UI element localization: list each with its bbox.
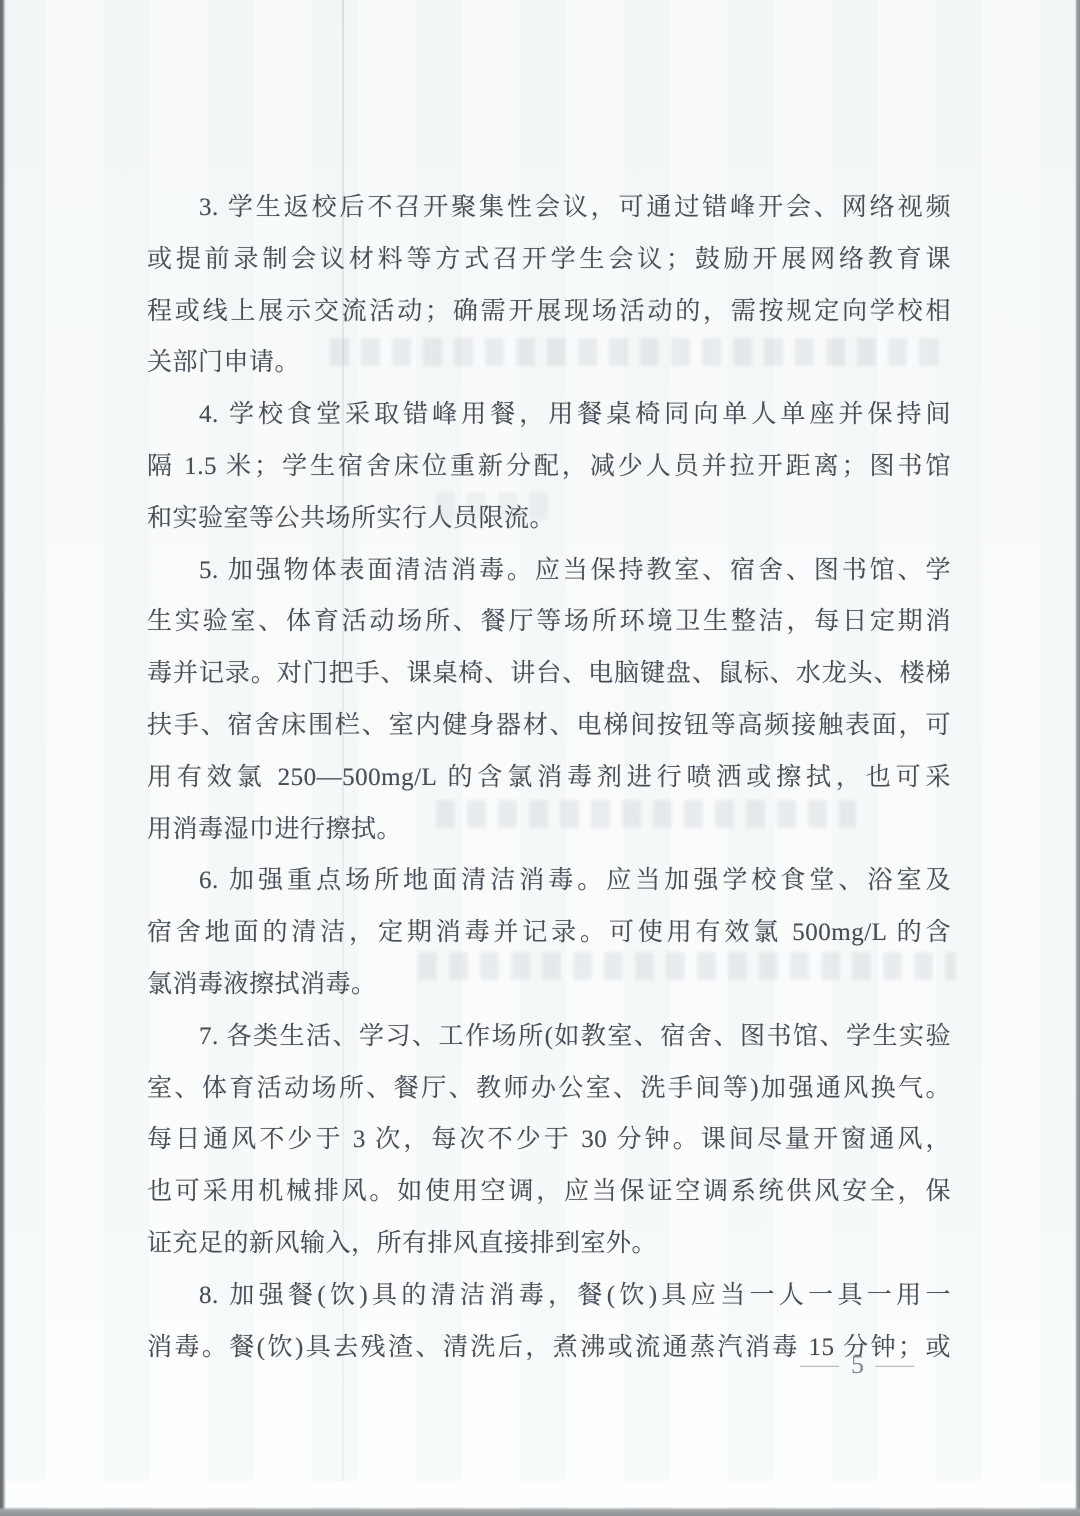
text-line: 或提前录制会议材料等方式召开学生会议；鼓励开展网络教育课 bbox=[147, 234, 951, 286]
page-number: — 5 — bbox=[808, 1350, 908, 1380]
text-line: 6. 加强重点场所地面清洁消毒。应当加强学校食堂、浴室及 bbox=[147, 855, 951, 907]
text-line: 5. 加强物体表面清洁消毒。应当保持教室、宿舍、图书馆、学 bbox=[147, 545, 951, 597]
paragraph-item-6: 6. 加强重点场所地面清洁消毒。应当加强学校食堂、浴室及宿舍地面的清洁，定期消毒… bbox=[147, 855, 951, 1010]
text-line: 用有效氯 250—500mg/L 的含氯消毒剂进行喷洒或擦拭，也可采 bbox=[147, 752, 951, 804]
text-line: 用消毒湿巾进行擦拭。 bbox=[147, 804, 951, 856]
paragraph-item-4: 4. 学校食堂采取错峰用餐，用餐桌椅同向单人单座并保持间隔 1.5 米；学生宿舍… bbox=[147, 389, 951, 544]
paragraph-item-7: 7. 各类生活、学习、工作场所(如教室、宿舍、图书馆、学生实验室、体育活动场所、… bbox=[147, 1011, 951, 1270]
scan-edge-left bbox=[0, 0, 6, 1516]
text-line: 扶手、宿舍床围栏、室内健身器材、电梯间按钮等高频接触表面，可 bbox=[147, 700, 951, 752]
text-line: 室、体育活动场所、餐厅、教师办公室、洗手间等)加强通风换气。 bbox=[147, 1063, 951, 1115]
text-line: 8. 加强餐(饮)具的清洁消毒，餐(饮)具应当一人一具一用一 bbox=[147, 1270, 951, 1322]
page-number-value: 5 bbox=[851, 1350, 865, 1380]
text-line: 程或线上展示交流活动；确需开展现场活动的，需按规定向学校相 bbox=[147, 286, 951, 338]
page-number-dash-right: — bbox=[876, 1352, 916, 1379]
paragraph-item-5: 5. 加强物体表面清洁消毒。应当保持教室、宿舍、图书馆、学生实验室、体育活动场所… bbox=[147, 545, 951, 856]
page-number-dash-left: — bbox=[801, 1352, 841, 1379]
text-line: 和实验室等公共场所实行人员限流。 bbox=[147, 493, 951, 545]
paragraph-item-3: 3. 学生返校后不召开聚集性会议，可通过错峰开会、网络视频或提前录制会议材料等方… bbox=[147, 182, 951, 389]
text-line: 3. 学生返校后不召开聚集性会议，可通过错峰开会、网络视频 bbox=[147, 182, 951, 234]
text-line: 也可采用机械排风。如使用空调，应当保证空调系统供风安全，保 bbox=[147, 1166, 951, 1218]
scan-bottom-margin bbox=[6, 1481, 1075, 1507]
text-line: 7. 各类生活、学习、工作场所(如教室、宿舍、图书馆、学生实验 bbox=[147, 1011, 951, 1063]
text-line: 宿舍地面的清洁，定期消毒并记录。可使用有效氯 500mg/L 的含 bbox=[147, 907, 951, 959]
text-line: 证充足的新风输入，所有排风直接排到室外。 bbox=[147, 1218, 951, 1270]
text-line: 4. 学校食堂采取错峰用餐，用餐桌椅同向单人单座并保持间 bbox=[147, 389, 951, 441]
scan-edge-bottom bbox=[0, 1507, 1080, 1516]
text-line: 毒并记录。对门把手、课桌椅、讲台、电脑键盘、鼠标、水龙头、楼梯 bbox=[147, 648, 951, 700]
text-line: 隔 1.5 米；学生宿舍床位重新分配，减少人员并拉开距离；图书馆 bbox=[147, 441, 951, 493]
text-line: 每日通风不少于 3 次，每次不少于 30 分钟。课间尽量开窗通风， bbox=[147, 1114, 951, 1166]
text-line: 生实验室、体育活动场所、餐厅等场所环境卫生整洁，每日定期消 bbox=[147, 596, 951, 648]
scan-edge-right bbox=[1075, 0, 1080, 1516]
scanned-document-page: { "colors": { "text": "#474d56", "page_n… bbox=[0, 0, 1080, 1516]
text-line: 关部门申请。 bbox=[147, 337, 951, 389]
text-line: 氯消毒液擦拭消毒。 bbox=[147, 959, 951, 1011]
document-body: 3. 学生返校后不召开聚集性会议，可通过错峰开会、网络视频或提前录制会议材料等方… bbox=[147, 182, 951, 1373]
